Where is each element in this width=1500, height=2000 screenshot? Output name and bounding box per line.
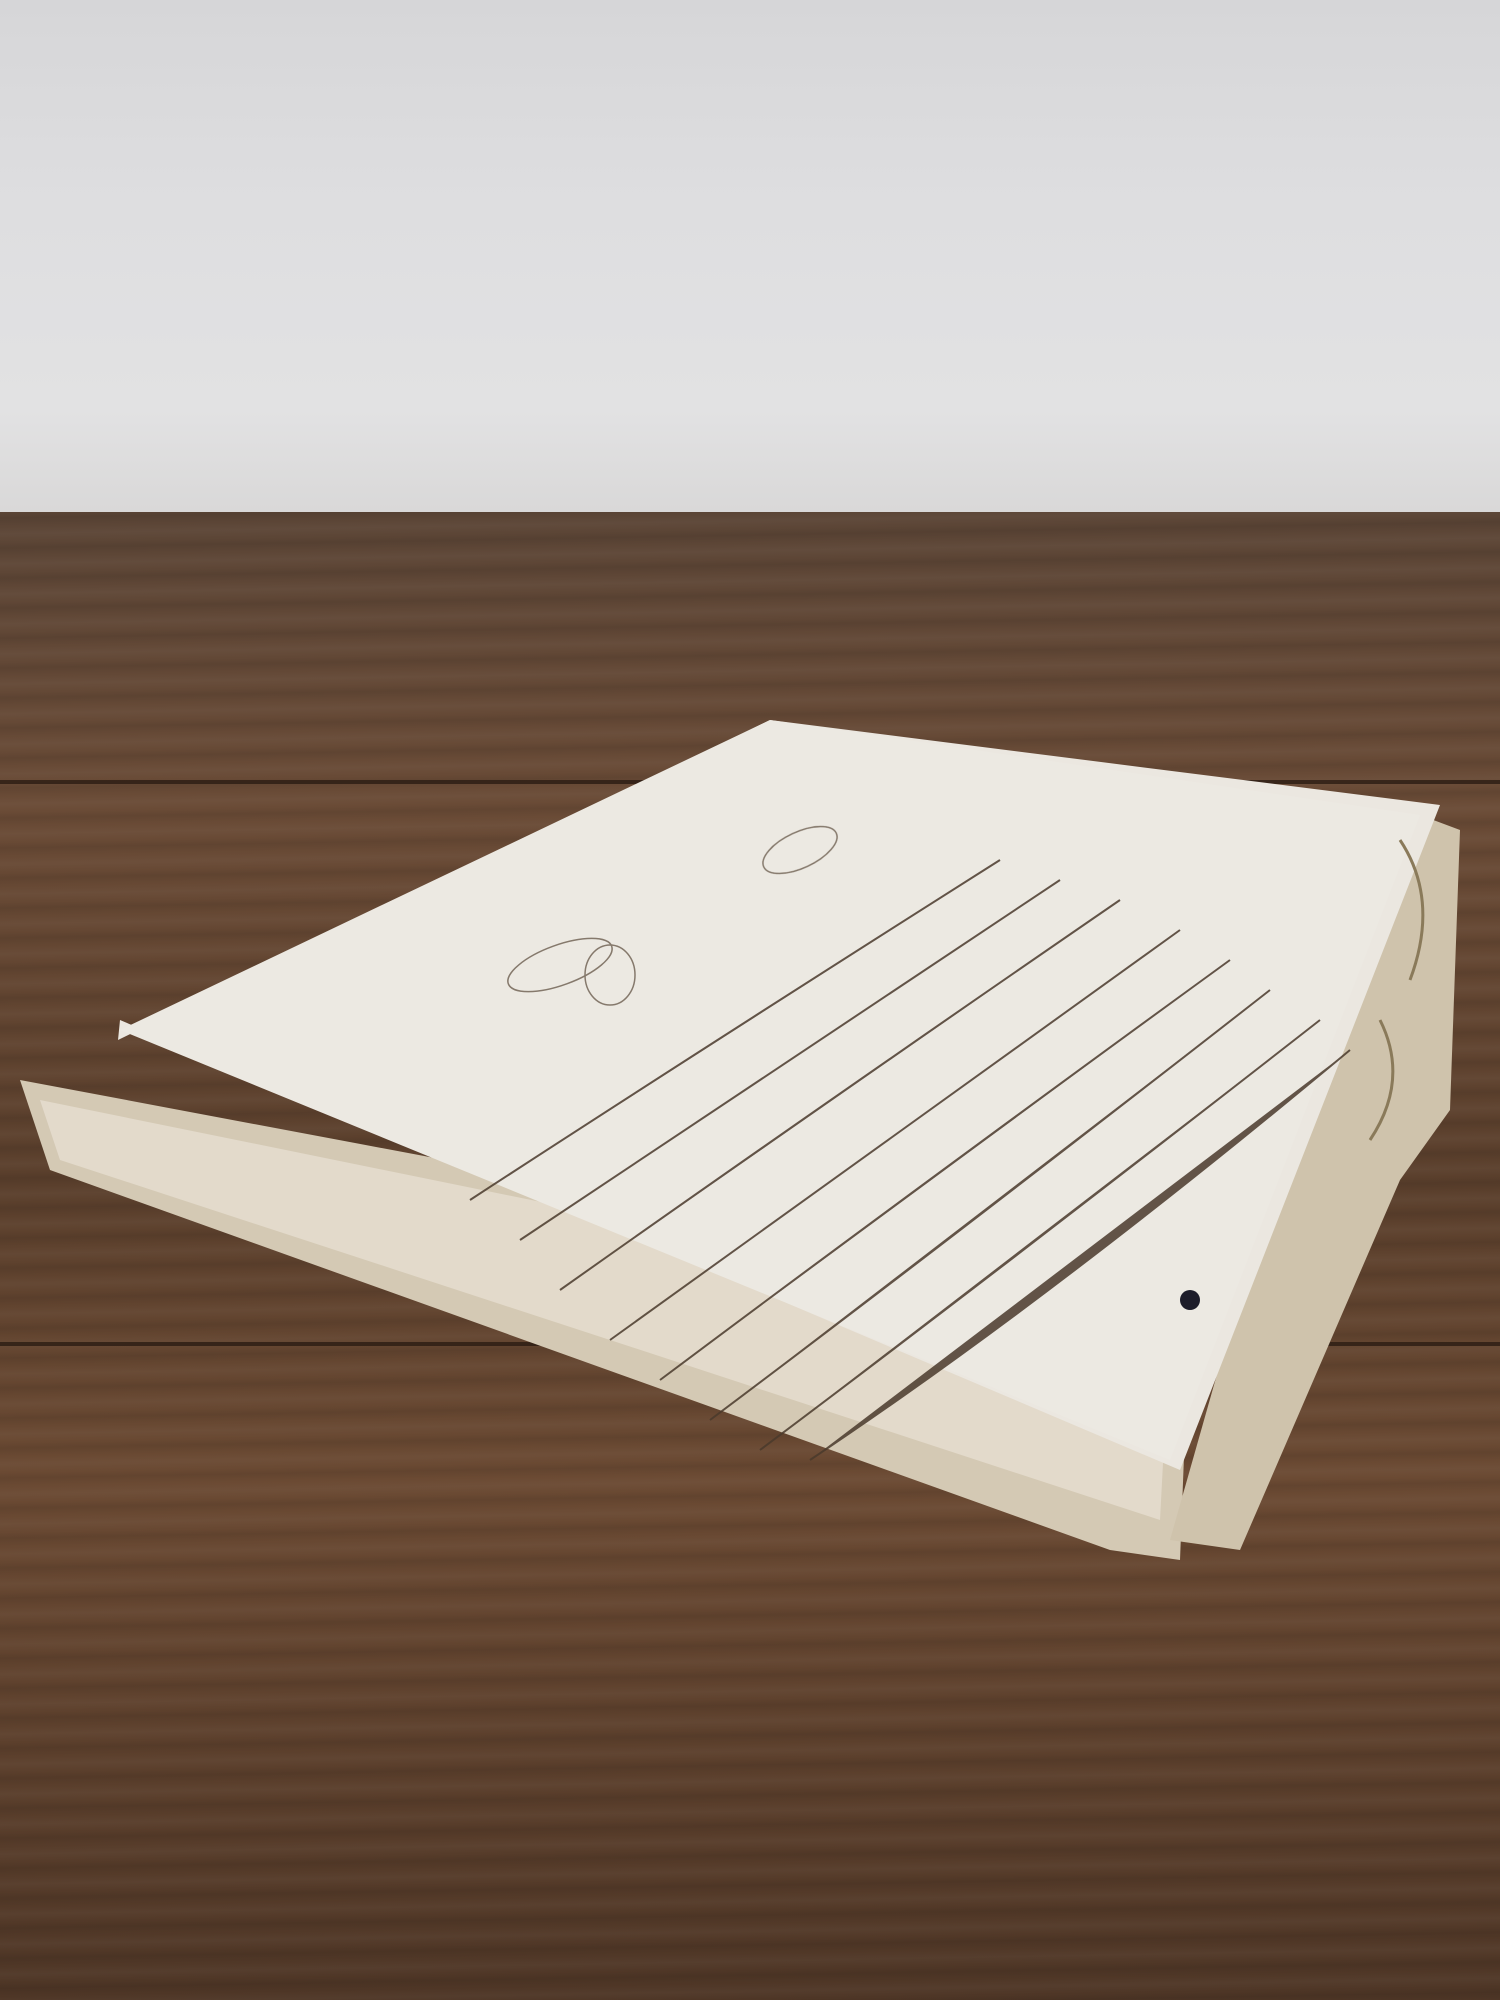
manuscript-document [0,0,1500,2000]
